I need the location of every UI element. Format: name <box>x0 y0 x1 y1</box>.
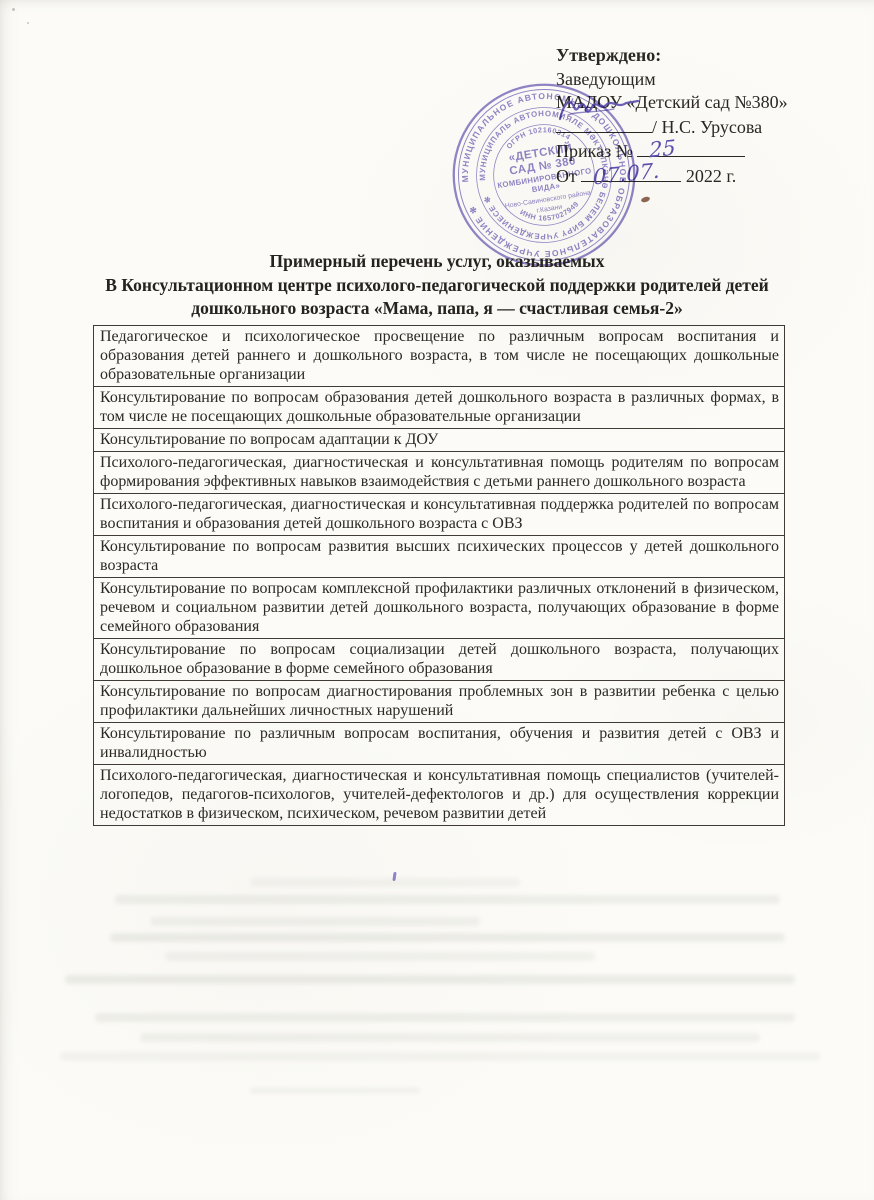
order-number-line: 25 <box>637 139 745 157</box>
approver-name: / Н.С. Урусова <box>652 117 762 137</box>
bleedthrough-line <box>140 1033 760 1042</box>
table-row: Консультирование по вопросам адаптации к… <box>94 429 785 452</box>
table-row: Консультирование по различным вопросам в… <box>94 723 785 765</box>
table-row: Консультирование по вопросам комплексной… <box>94 578 785 639</box>
table-row: Психолого-педагогическая, диагностическа… <box>94 765 785 826</box>
date-year: 2022 г. <box>686 166 736 186</box>
services-table: Педагогическое и психологическое просвещ… <box>93 325 785 826</box>
service-cell: Консультирование по вопросам социализаци… <box>94 639 785 681</box>
service-cell: Консультирование по вопросам диагностиро… <box>94 681 785 723</box>
service-cell: Психолого-педагогическая, диагностическа… <box>94 452 785 494</box>
title-line-2: В Консультационном центре психолого-педа… <box>0 274 874 298</box>
bleedthrough-line <box>165 952 595 961</box>
table-row: Консультирование по вопросам социализаци… <box>94 639 785 681</box>
bleedthrough-line <box>110 933 785 942</box>
service-cell: Психолого-педагогическая, диагностическа… <box>94 765 785 826</box>
title-line-3: дошкольного возраста «Мама, папа, я — сч… <box>0 297 874 321</box>
bleedthrough-line <box>65 975 795 984</box>
table-row: Педагогическое и психологическое просвещ… <box>94 326 785 387</box>
bleedthrough-line <box>60 1052 820 1061</box>
service-cell: Педагогическое и психологическое просвещ… <box>94 326 785 387</box>
bleedthrough-line <box>250 1088 420 1093</box>
service-cell: Консультирование по вопросам адаптации к… <box>94 429 785 452</box>
scanned-document-page: Утверждено: Заведующим МАДОУ «Детский са… <box>0 0 874 1200</box>
bleedthrough-line <box>95 1013 795 1022</box>
approved-label: Утверждено: <box>556 44 866 68</box>
service-cell: Консультирование по вопросам развития вы… <box>94 536 785 578</box>
scan-noise-dot <box>12 8 15 11</box>
service-cell: Психолого-педагогическая, диагностическа… <box>94 494 785 536</box>
service-cell: Консультирование по вопросам образования… <box>94 387 785 429</box>
table-row: Консультирование по вопросам образования… <box>94 387 785 429</box>
order-number-handwritten: 25 <box>649 138 676 161</box>
table-row: Консультирование по вопросам развития вы… <box>94 536 785 578</box>
bleedthrough-line <box>250 878 520 887</box>
bleedthrough-line <box>150 917 480 926</box>
service-cell: Консультирование по вопросам комплексной… <box>94 578 785 639</box>
scan-noise-dot <box>27 22 29 24</box>
table-row: Консультирование по вопросам диагностиро… <box>94 681 785 723</box>
service-cell: Консультирование по различным вопросам в… <box>94 723 785 765</box>
title-line-1: Примерный перечень услуг, оказываемых <box>0 250 874 274</box>
document-title: Примерный перечень услуг, оказываемых В … <box>0 250 874 321</box>
table-row: Психолого-педагогическая, диагностическа… <box>94 452 785 494</box>
table-row: Психолого-педагогическая, диагностическа… <box>94 494 785 536</box>
bleedthrough-line <box>115 895 780 904</box>
